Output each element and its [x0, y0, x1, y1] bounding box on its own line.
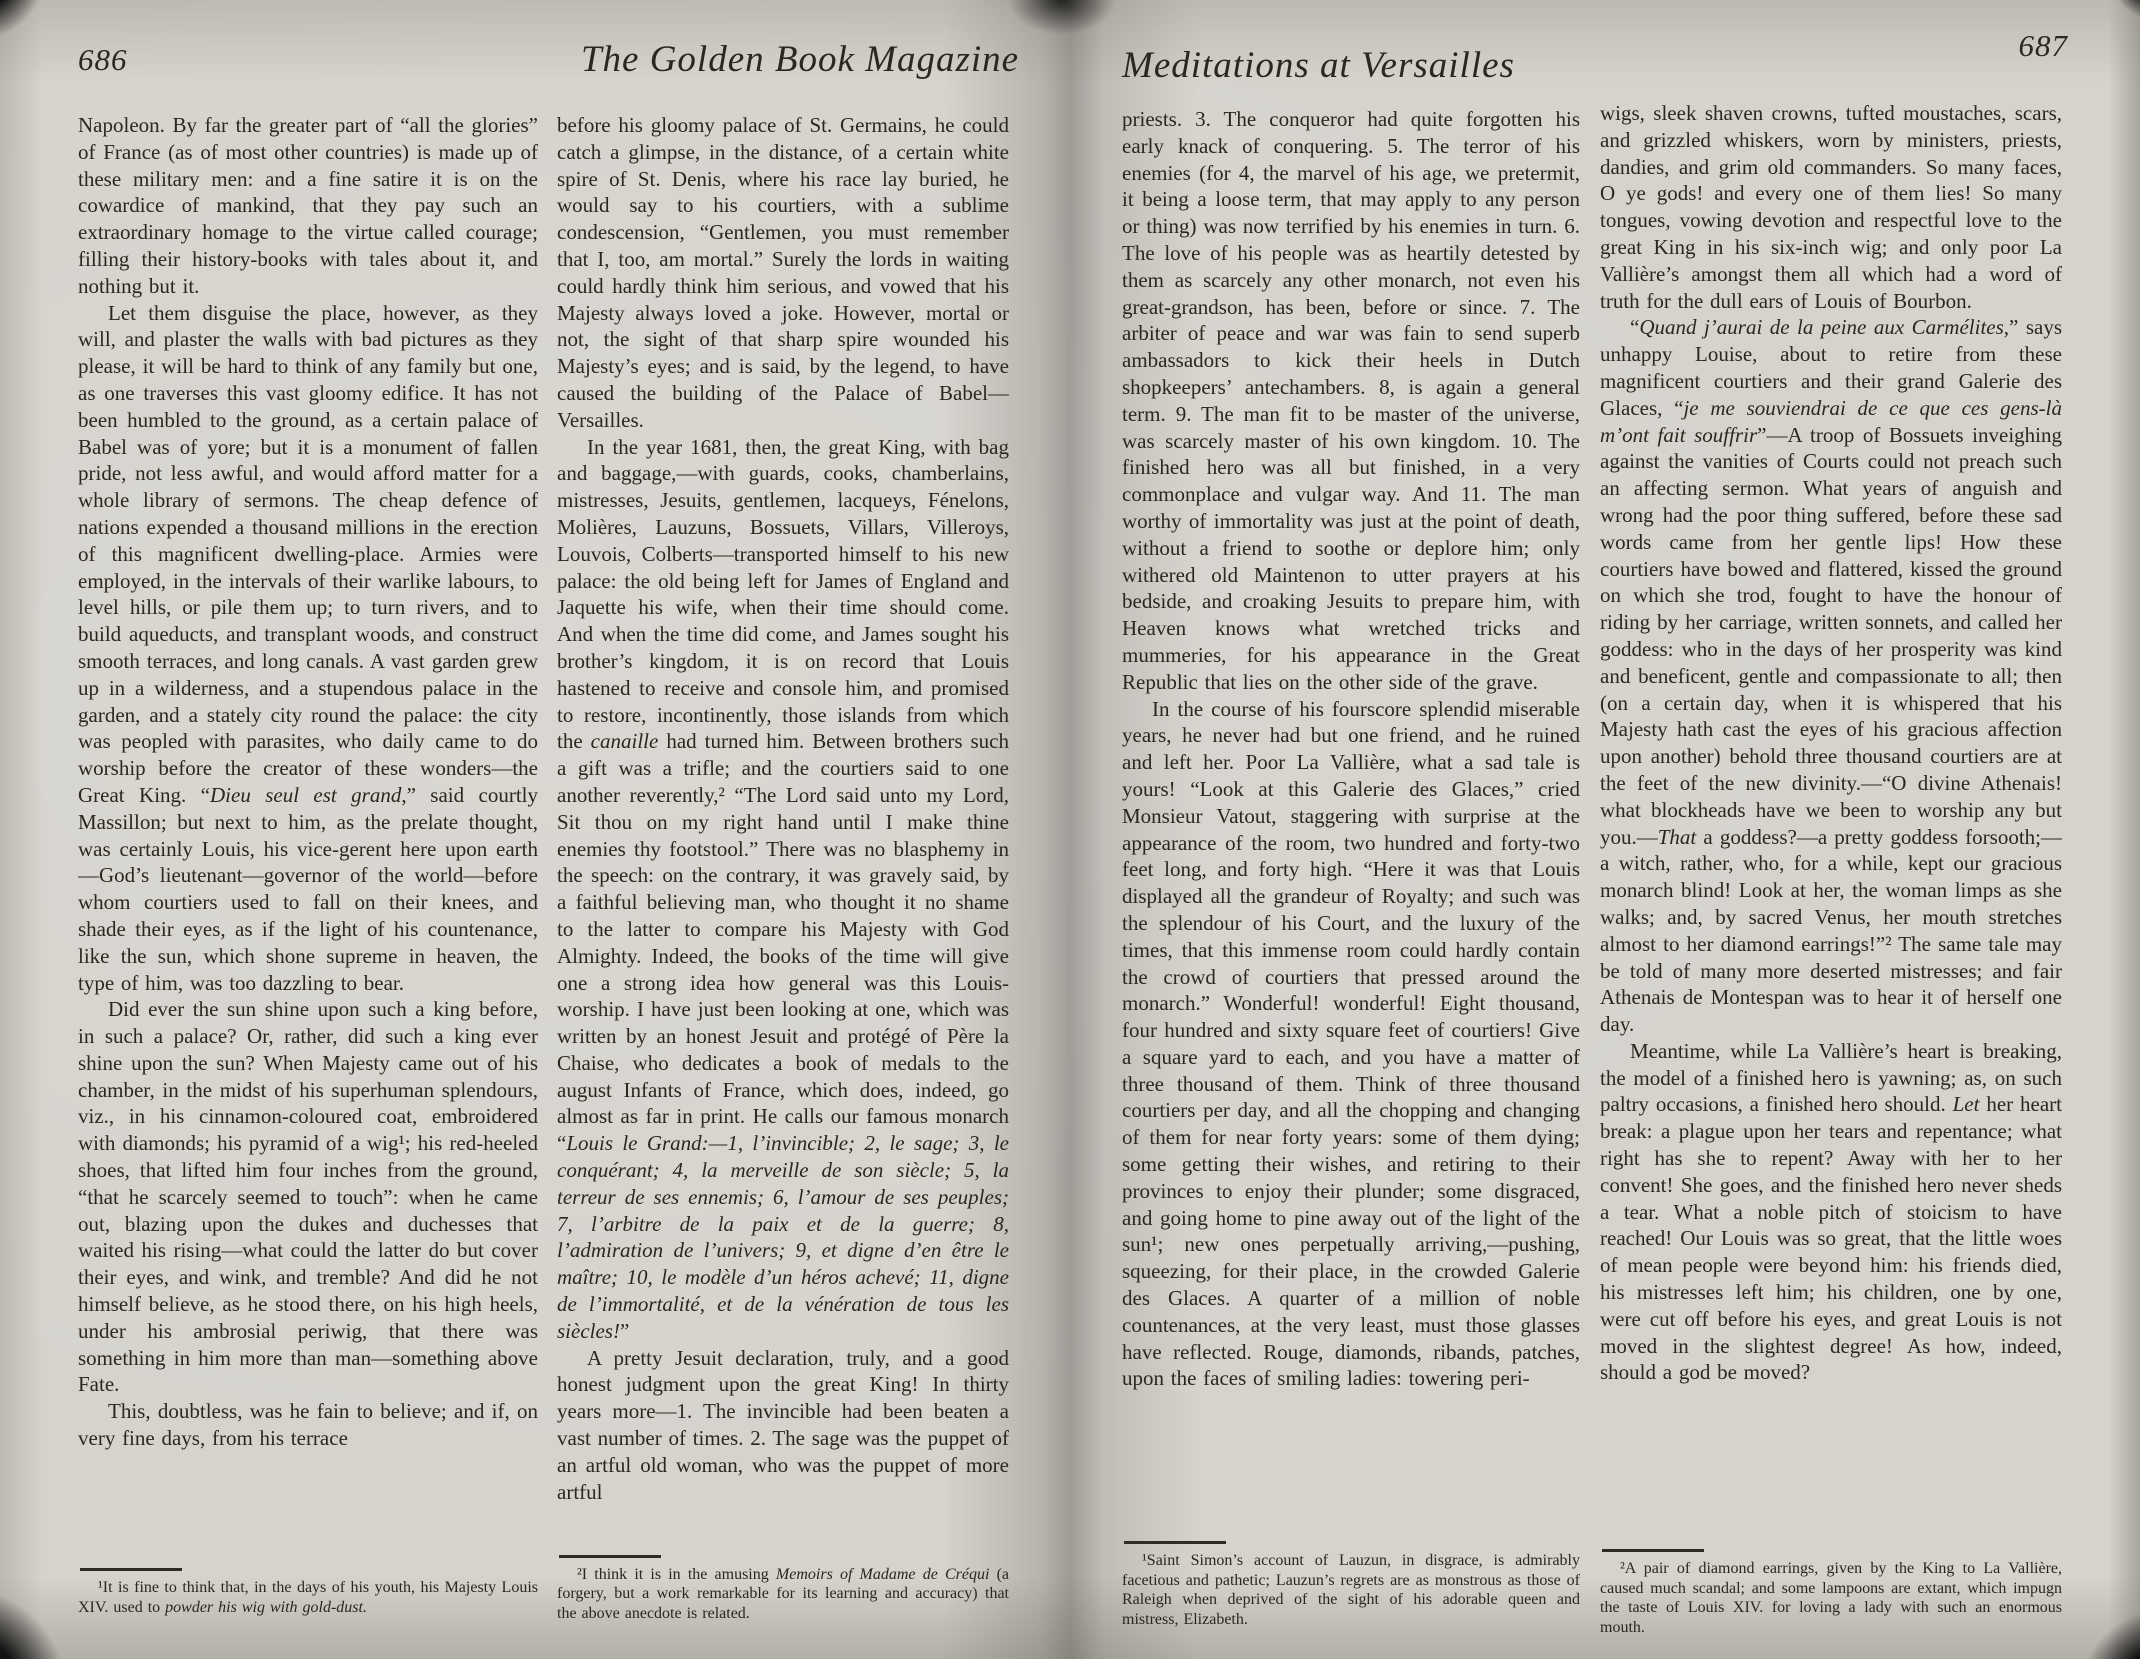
paragraph: Napoleon. By far the greater part of “al… — [78, 112, 538, 300]
text-run: ²I think it is in the amusing — [577, 1566, 776, 1583]
text-column-4: wigs, sleek shaven crowns, tufted mousta… — [1600, 100, 2062, 1638]
text-column-2: before his gloomy palace of St. Germains… — [557, 112, 1009, 1624]
text-run: ” — [620, 1319, 629, 1343]
paragraph: This, doubtless, was he fain to believe;… — [78, 1398, 538, 1452]
text-run: ,” said courtly Massillon; but next to h… — [78, 783, 538, 995]
italic-text-run: Louis le Grand:—1, l’invincible; 2, le s… — [557, 1131, 1009, 1343]
italic-text-run: powder his wig with gold-dust. — [165, 1599, 367, 1616]
text-column-3: priests. 3. The conqueror had quite forg… — [1122, 106, 1580, 1630]
paragraph: priests. 3. The conqueror had quite forg… — [1122, 106, 1580, 696]
column-4-footnote: ²A pair of diamond earrings, given by th… — [1600, 1549, 2062, 1638]
paragraph: Meantime, while La Vallière’s heart is b… — [1600, 1038, 2062, 1386]
paragraph: before his gloomy palace of St. Germains… — [557, 112, 1009, 434]
footnote-text: ¹It is fine to think that, in the days o… — [78, 1578, 538, 1618]
footnote-text: ¹Saint Simon’s account of Lauzun, in dis… — [1122, 1551, 1580, 1630]
column-2-body: before his gloomy palace of St. Germains… — [557, 112, 1009, 1510]
footnote-rule — [559, 1555, 661, 1558]
text-run: her heart break: a plague upon her tears… — [1600, 1092, 2062, 1384]
text-run: before his gloomy palace of St. Germains… — [557, 113, 1009, 432]
footnote-text: ²I think it is in the amusing Memoirs of… — [557, 1565, 1009, 1624]
column-3-footnote: ¹Saint Simon’s account of Lauzun, in dis… — [1122, 1541, 1580, 1630]
column-3-body: priests. 3. The conqueror had quite forg… — [1122, 106, 1580, 1504]
running-title-left: The Golden Book Magazine — [581, 38, 1019, 81]
paragraph: In the course of his fourscore splendid … — [1122, 696, 1580, 1393]
italic-text-run: That — [1658, 825, 1697, 849]
footnote-text: ²A pair of diamond earrings, given by th… — [1600, 1559, 2062, 1638]
column-1-footnote: ¹It is fine to think that, in the days o… — [78, 1568, 538, 1618]
text-run: Did ever the sun shine upon such a king … — [78, 997, 538, 1396]
italic-text-run: Dieu seul est grand — [210, 783, 401, 807]
paragraph: wigs, sleek shaven crowns, tufted mousta… — [1600, 100, 2062, 314]
text-run: wigs, sleek shaven crowns, tufted mousta… — [1600, 101, 2062, 313]
paragraph: “Quand j’aurai de la peine aux Carmélite… — [1600, 314, 2062, 1038]
text-run: ²A pair of diamond earrings, given by th… — [1600, 1560, 2062, 1636]
page-number-left: 686 — [78, 42, 128, 78]
text-run: A pretty Jesuit declaration, truly, and … — [557, 1346, 1009, 1504]
text-run: ”—A troop of Bossuets inveighing against… — [1600, 423, 2062, 849]
italic-text-run: Let — [1953, 1092, 1980, 1116]
italic-text-run: canaille — [591, 729, 659, 753]
footnote-rule — [80, 1568, 182, 1571]
column-4-body: wigs, sleek shaven crowns, tufted mousta… — [1600, 100, 2062, 1508]
text-run: In the course of his fourscore splendid … — [1122, 697, 1580, 1391]
paragraph: Let them disguise the place, however, as… — [78, 300, 538, 997]
italic-text-run: Memoirs of Madame de Créqui — [776, 1566, 990, 1583]
text-run: ¹Saint Simon’s account of Lauzun, in dis… — [1122, 1552, 1580, 1628]
text-run: a goddess?—a pretty goddess forsooth;—a … — [1600, 825, 2062, 1037]
paragraph: Did ever the sun shine upon such a king … — [78, 996, 538, 1398]
text-run: In the year 1681, then, the great King, … — [557, 435, 1009, 754]
text-run: priests. 3. The conqueror had quite forg… — [1122, 107, 1580, 694]
open-magazine-pages: 686 The Golden Book Magazine Meditations… — [0, 0, 2140, 1659]
paragraph: A pretty Jesuit declaration, truly, and … — [557, 1345, 1009, 1506]
page-number-right: 687 — [1988, 28, 2068, 64]
column-1-body: Napoleon. By far the greater part of “al… — [78, 112, 538, 1520]
text-run: This, doubtless, was he fain to believe;… — [78, 1399, 538, 1450]
footnote-rule — [1602, 1549, 1704, 1552]
text-run: Let them disguise the place, however, as… — [78, 301, 538, 807]
italic-text-run: Quand j’aurai de la peine aux Carmélites… — [1639, 315, 2009, 339]
paragraph: In the year 1681, then, the great King, … — [557, 434, 1009, 1345]
column-2-footnote: ²I think it is in the amusing Memoirs of… — [557, 1555, 1009, 1624]
text-run: Napoleon. By far the greater part of “al… — [78, 113, 538, 298]
footnote-rule — [1124, 1541, 1226, 1544]
running-title-right: Meditations at Versailles — [1122, 44, 1515, 87]
magazine-spread-photo: 686 The Golden Book Magazine Meditations… — [0, 0, 2140, 1659]
text-run: had turned him. Between brothers such a … — [557, 729, 1009, 1155]
text-column-1: Napoleon. By far the greater part of “al… — [78, 112, 538, 1618]
text-run: “ — [1630, 315, 1639, 339]
